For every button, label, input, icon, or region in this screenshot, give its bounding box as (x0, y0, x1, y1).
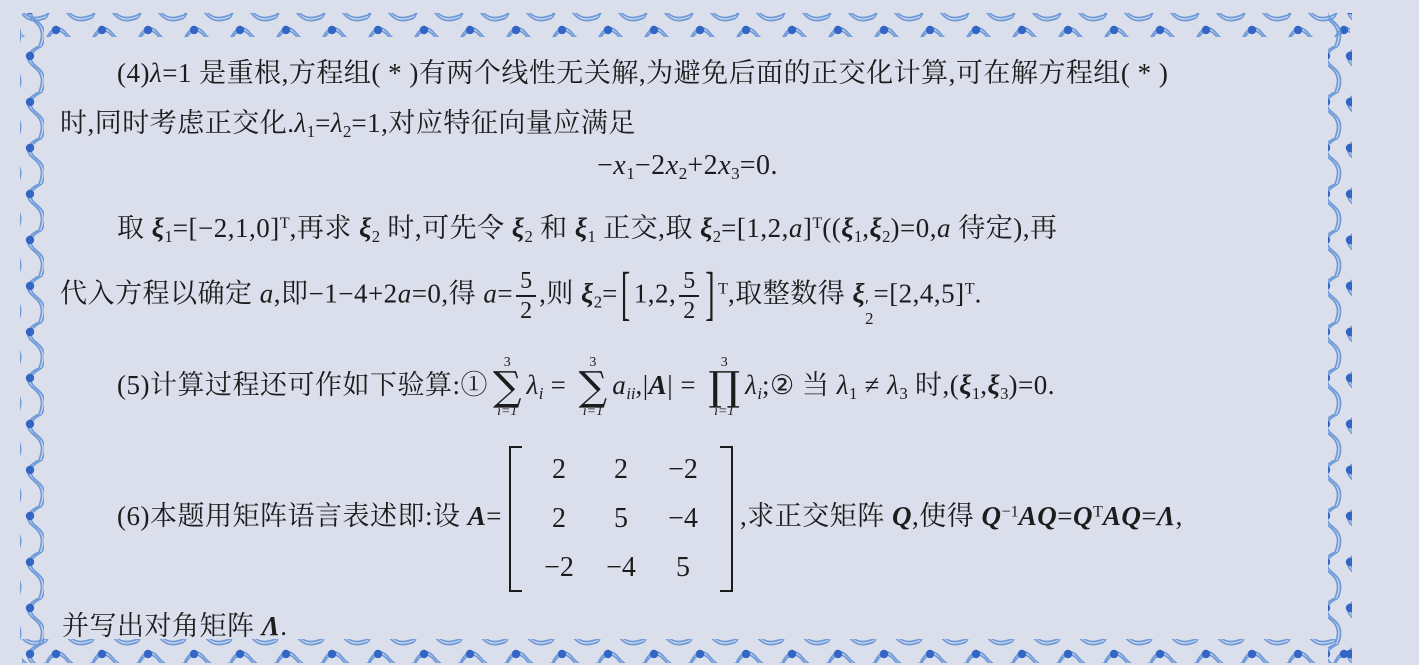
matrix-left-bracket (509, 446, 522, 592)
lambda-var: λ (837, 370, 849, 400)
matrix-grid: 22−225−4−2−45 (522, 446, 720, 592)
text-run: ] (803, 213, 813, 243)
fraction-5-2: 52 (516, 268, 536, 325)
text-run: = (1141, 501, 1157, 531)
matrix-cell: −4 (668, 503, 698, 535)
border-right (1328, 13, 1352, 663)
xi-vector: ξ (852, 279, 865, 309)
para4-line1: (4)λ=1 是重根,方程组( * )有两个线性无关解,为避免后面的正交化计算,… (117, 51, 1168, 90)
text-run: ,取整数得 (728, 279, 853, 309)
transpose-T: T (280, 214, 290, 232)
transpose-T: T (812, 214, 822, 232)
border-top (22, 13, 1350, 37)
text-run: , (1176, 501, 1183, 531)
text-run: (5)计算过程还可作如下验算:① (117, 370, 488, 400)
denominator: 2 (516, 297, 536, 324)
pi-icon: ∏ (708, 370, 740, 405)
text-run: 正交,取 (596, 213, 700, 243)
text-run: 并写出对角矩阵 (62, 611, 262, 641)
text-run: =[1,2, (721, 213, 789, 243)
text-run: . (280, 611, 287, 641)
A-matrix-var: A (1019, 501, 1038, 531)
xi-construction-line: 取 ξ1=[−2,1,0]T,再求 ξ2 时,可先令 ξ2 和 ξ1 正交,取 … (117, 206, 1058, 247)
xi-vector: ξ (359, 213, 372, 243)
para6-matrix-line: (6)本题用矩阵语言表述即:设 A=22−225−4−2−45,求正交矩阵 Q,… (117, 446, 1183, 592)
text-run: 代入方程以确定 (60, 279, 260, 309)
text-run: ,求正交矩阵 (740, 501, 892, 531)
text-run: 时,可先令 (380, 213, 512, 243)
text-run: (6)本题用矩阵语言表述即:设 (117, 501, 468, 531)
A-matrix-var: A (1103, 501, 1122, 531)
lambda-var: λ (331, 108, 343, 138)
x-var: x (666, 150, 679, 181)
a-var: a (483, 279, 497, 309)
subscript: 3 (899, 384, 907, 403)
a-var: a (260, 279, 274, 309)
a-var: a (937, 213, 951, 243)
operator: −2 (635, 150, 666, 181)
text-run: =[2,4,5] (873, 279, 964, 309)
para4-line2: 时,同时考虑正交化.λ1=λ2=1,对应特征向量应满足 (60, 101, 636, 142)
text-run: = (497, 279, 513, 309)
denominator: 2 (679, 297, 699, 324)
big-right-bracket: ] (705, 263, 715, 330)
text-run: =1,对应特征向量应满足 (351, 108, 635, 138)
matrix-cell: 5 (614, 503, 628, 535)
xi-vector: ξ (152, 213, 165, 243)
subscript: 2 (679, 164, 688, 183)
A-matrix-var: A (649, 370, 668, 400)
subscript: 1 (854, 227, 862, 246)
a-var: a (398, 279, 412, 309)
Q-matrix-var: Q (892, 501, 912, 531)
matrix-cell: −2 (544, 552, 574, 584)
text-run: = (486, 501, 502, 531)
a-var: a (789, 213, 803, 243)
Lambda-var: Λ (262, 611, 281, 641)
matrix-cell: −4 (606, 552, 636, 584)
text-run: , (980, 370, 987, 400)
subscript: 2 (865, 312, 873, 325)
text-run: ,| (636, 370, 649, 400)
item-number: (4) (117, 58, 150, 88)
Q-matrix-var: Q (981, 501, 1001, 531)
not-equal: ≠ (857, 370, 887, 400)
xi-vector: ξ (988, 370, 1001, 400)
lambda-var: λ (527, 370, 539, 400)
Lambda-var: Λ (1157, 501, 1176, 531)
subscript: 1 (972, 384, 980, 403)
subscript: 1 (588, 227, 596, 246)
text-run: . (975, 279, 982, 309)
text-run: 1,2, (634, 279, 677, 309)
subscript: 3 (1000, 384, 1008, 403)
text-run: =0,得 (412, 279, 484, 309)
para6-final-line: 并写出对角矩阵 Λ. (62, 604, 288, 643)
lambda-var: λ (887, 370, 899, 400)
textbook-page: { "colors": { "background": "#dbdeeb", "… (0, 0, 1419, 665)
operator: − (597, 150, 613, 181)
text-run: = (1057, 501, 1073, 531)
lower-limit: i=1 (497, 405, 517, 419)
equals-zero: =0. (740, 150, 778, 181)
xi-vector: ξ (959, 370, 972, 400)
subscript: ii (626, 384, 635, 403)
text-run: 和 (533, 213, 575, 243)
subscript: 2 (882, 227, 890, 246)
para5-verification-line: (5)计算过程还可作如下验算:①3∑i=1λi = 3∑i=1aii,|A| =… (117, 356, 1055, 419)
text-run: | = (667, 370, 703, 400)
text-run: = (543, 370, 573, 400)
Q-matrix-var: Q (1121, 501, 1141, 531)
sum-operator: 3∑i=1 (579, 356, 608, 419)
operator: +2 (687, 150, 718, 181)
border-left (20, 13, 44, 663)
matrix-right-bracket (720, 446, 733, 592)
lambda-var: λ (295, 108, 307, 138)
text-run: ,则 (539, 279, 581, 309)
text-run: 时,同时考虑正交化. (60, 108, 295, 138)
fraction-5-2: 52 (679, 268, 699, 325)
numerator: 5 (679, 268, 699, 297)
matrix-cell: 2 (552, 503, 566, 535)
text-run: =1 是重根,方程组( * )有两个线性无关解,为避免后面的正交化计算,可在解方… (162, 58, 1168, 88)
solve-a-line: 代入方程以确定 a,即−1−4+2a=0,得 a=52,则 ξ2=[1,2,52… (60, 268, 982, 326)
text-run: )=0, (891, 213, 937, 243)
xi-vector: ξ (575, 213, 588, 243)
subscript: 1 (307, 122, 315, 141)
transpose-T: T (1093, 502, 1103, 520)
Q-matrix-var: Q (1037, 501, 1057, 531)
text-run: ,再求 (290, 213, 360, 243)
text-run: ,使得 (912, 501, 982, 531)
text-run: 待定),再 (951, 213, 1058, 243)
Q-matrix-var: Q (1073, 501, 1093, 531)
a-var: a (612, 370, 626, 400)
numerator: 5 (516, 268, 536, 297)
text-run: = (602, 279, 618, 309)
subscript: 2 (525, 227, 533, 246)
big-left-bracket: [ (621, 263, 631, 330)
subscript: 3 (731, 164, 740, 183)
lower-limit: i=1 (583, 405, 603, 419)
xi-vector: ξ (841, 213, 854, 243)
matrix-A: 22−225−4−2−45 (509, 446, 733, 592)
matrix-cell: −2 (668, 454, 698, 486)
xi-vector: ξ (581, 279, 594, 309)
lambda-var: λ (150, 58, 162, 88)
matrix-cell: 2 (552, 454, 566, 486)
lower-limit: i=1 (714, 405, 734, 419)
transpose-T: T (965, 280, 975, 298)
display-equation: −x1−2x2+2x3=0. (60, 150, 1315, 184)
text-run: (( (822, 213, 841, 243)
transpose-T: T (718, 280, 728, 298)
xi-vector: ξ (512, 213, 525, 243)
product-operator: 3∏i=1 (708, 356, 740, 419)
subscript: 2 (713, 227, 721, 246)
subscript: 2 (372, 227, 380, 246)
A-matrix-var: A (468, 501, 487, 531)
sigma-icon: ∑ (579, 370, 608, 405)
matrix-cell: 5 (676, 552, 690, 584)
subscript: 2 (594, 293, 602, 312)
text-run: , (862, 213, 869, 243)
subscript: 1 (164, 227, 172, 246)
inverse-exponent: −1 (1001, 502, 1018, 520)
lambda-var: λ (745, 370, 757, 400)
sigma-icon: ∑ (493, 370, 522, 405)
text-run: )=0. (1009, 370, 1055, 400)
text-run: = (315, 108, 331, 138)
text-run: ;② 当 (762, 370, 837, 400)
subscript: 1 (626, 164, 635, 183)
text-run: ,即−1−4+2 (274, 279, 398, 309)
x-var: x (718, 150, 731, 181)
text-run: 取 (117, 213, 152, 243)
text-run: =[−2,1,0] (173, 213, 280, 243)
text-run: 时,( (908, 370, 960, 400)
x-var: x (613, 150, 626, 181)
xi-vector: ξ (700, 213, 713, 243)
sum-operator: 3∑i=1 (493, 356, 522, 419)
matrix-cell: 2 (614, 454, 628, 486)
xi-vector: ξ (870, 213, 883, 243)
